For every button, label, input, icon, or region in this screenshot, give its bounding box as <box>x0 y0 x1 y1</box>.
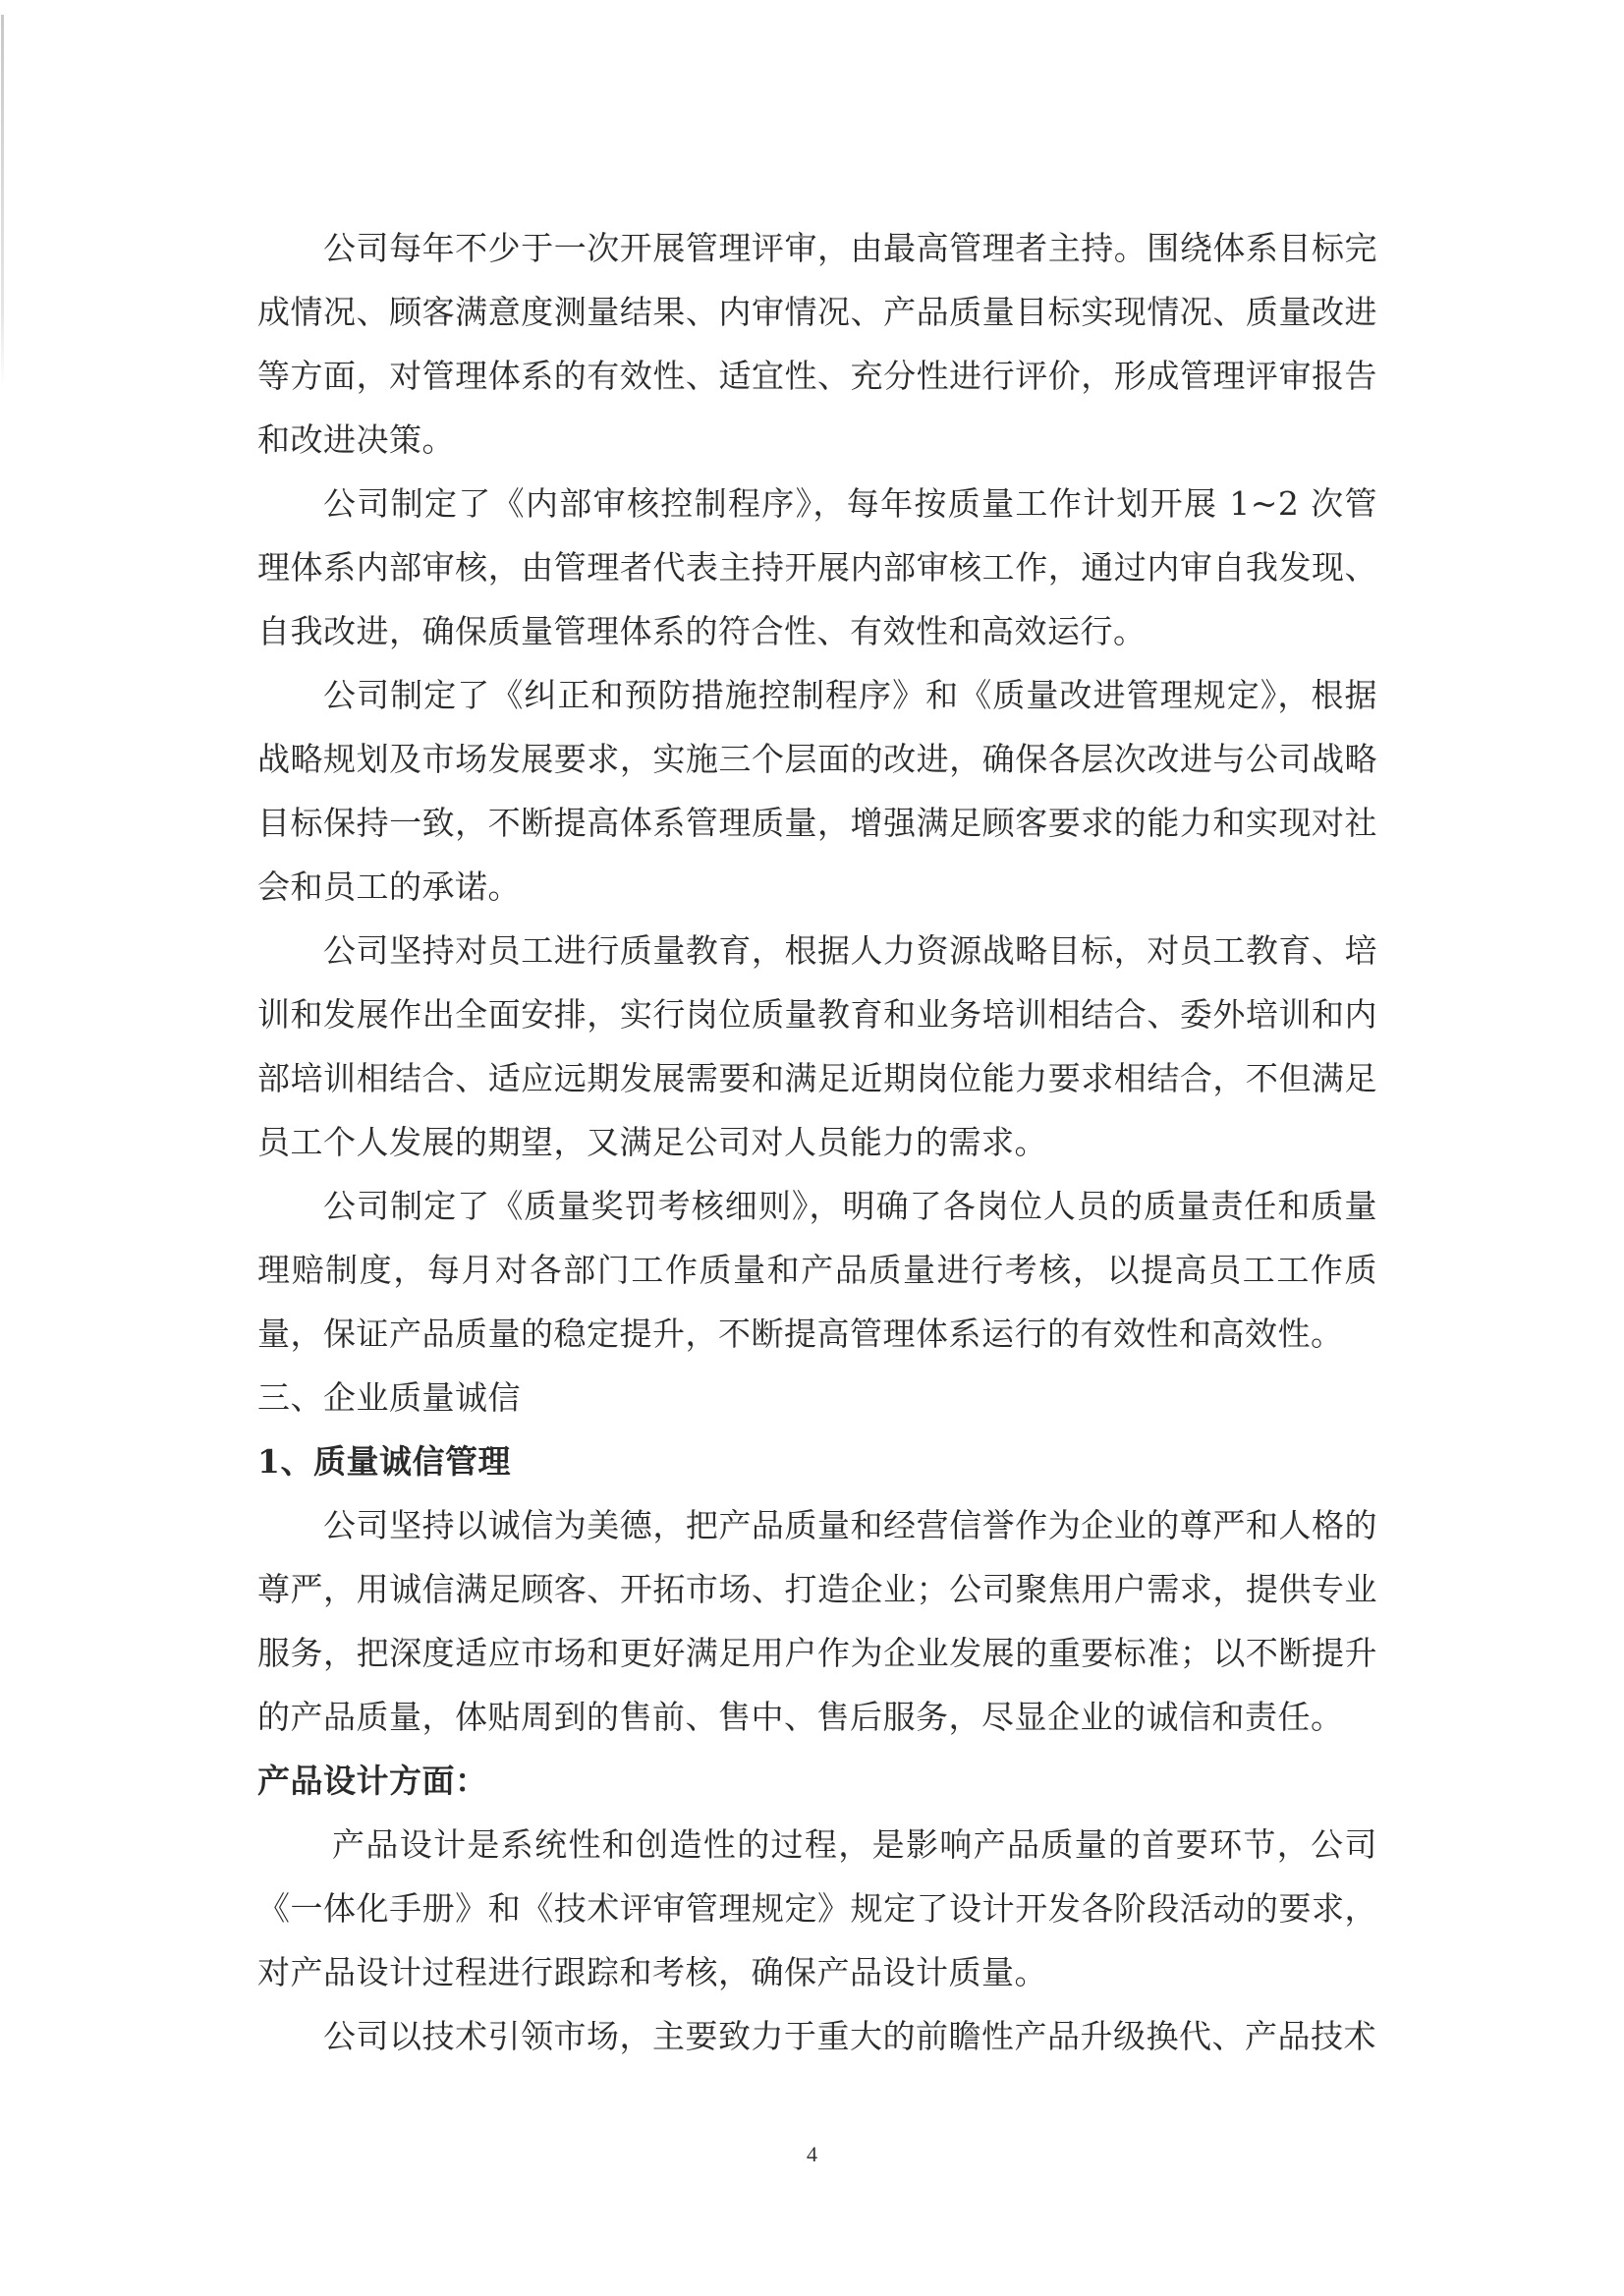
document-page: 公司每年不少于一次开展管理评审，由最高管理者主持。围绕体系目标完成情况、顾客满意… <box>257 216 1377 2068</box>
paragraph-integrity: 公司坚持以诚信为美德，把产品质量和经营信誉作为企业的尊严和人格的尊严，用诚信满足… <box>257 1493 1377 1749</box>
paragraph-internal-audit: 公司制定了《内部审核控制程序》，每年按质量工作计划开展 1~2 次管理体系内部审… <box>257 472 1377 663</box>
page-number: 4 <box>0 2142 1624 2167</box>
section-heading: 三、企业质量诚信 <box>257 1366 1377 1429</box>
paragraph-management-review: 公司每年不少于一次开展管理评审，由最高管理者主持。围绕体系目标完成情况、顾客满意… <box>257 216 1377 472</box>
design-heading: 产品设计方面： <box>257 1749 1377 1813</box>
paragraph-technology-lead: 公司以技术引领市场，主要致力于重大的前瞻性产品升级换代、产品技术 <box>257 2004 1377 2068</box>
scan-edge-artifact <box>1 15 4 388</box>
paragraph-corrective-action: 公司制定了《纠正和预防措施控制程序》和《质量改进管理规定》，根据战略规划及市场发… <box>257 663 1377 919</box>
paragraph-quality-education: 公司坚持对员工进行质量教育，根据人力资源战略目标，对员工教育、培训和发展作出全面… <box>257 919 1377 1174</box>
paragraph-reward-penalty: 公司制定了《质量奖罚考核细则》，明确了各岗位人员的质量责任和质量理赔制度，每月对… <box>257 1174 1377 1366</box>
subsection-heading: 1、质量诚信管理 <box>257 1429 1377 1493</box>
paragraph-product-design: 产品设计是系统性和创造性的过程，是影响产品质量的首要环节，公司《一体化手册》和《… <box>257 1813 1377 2004</box>
